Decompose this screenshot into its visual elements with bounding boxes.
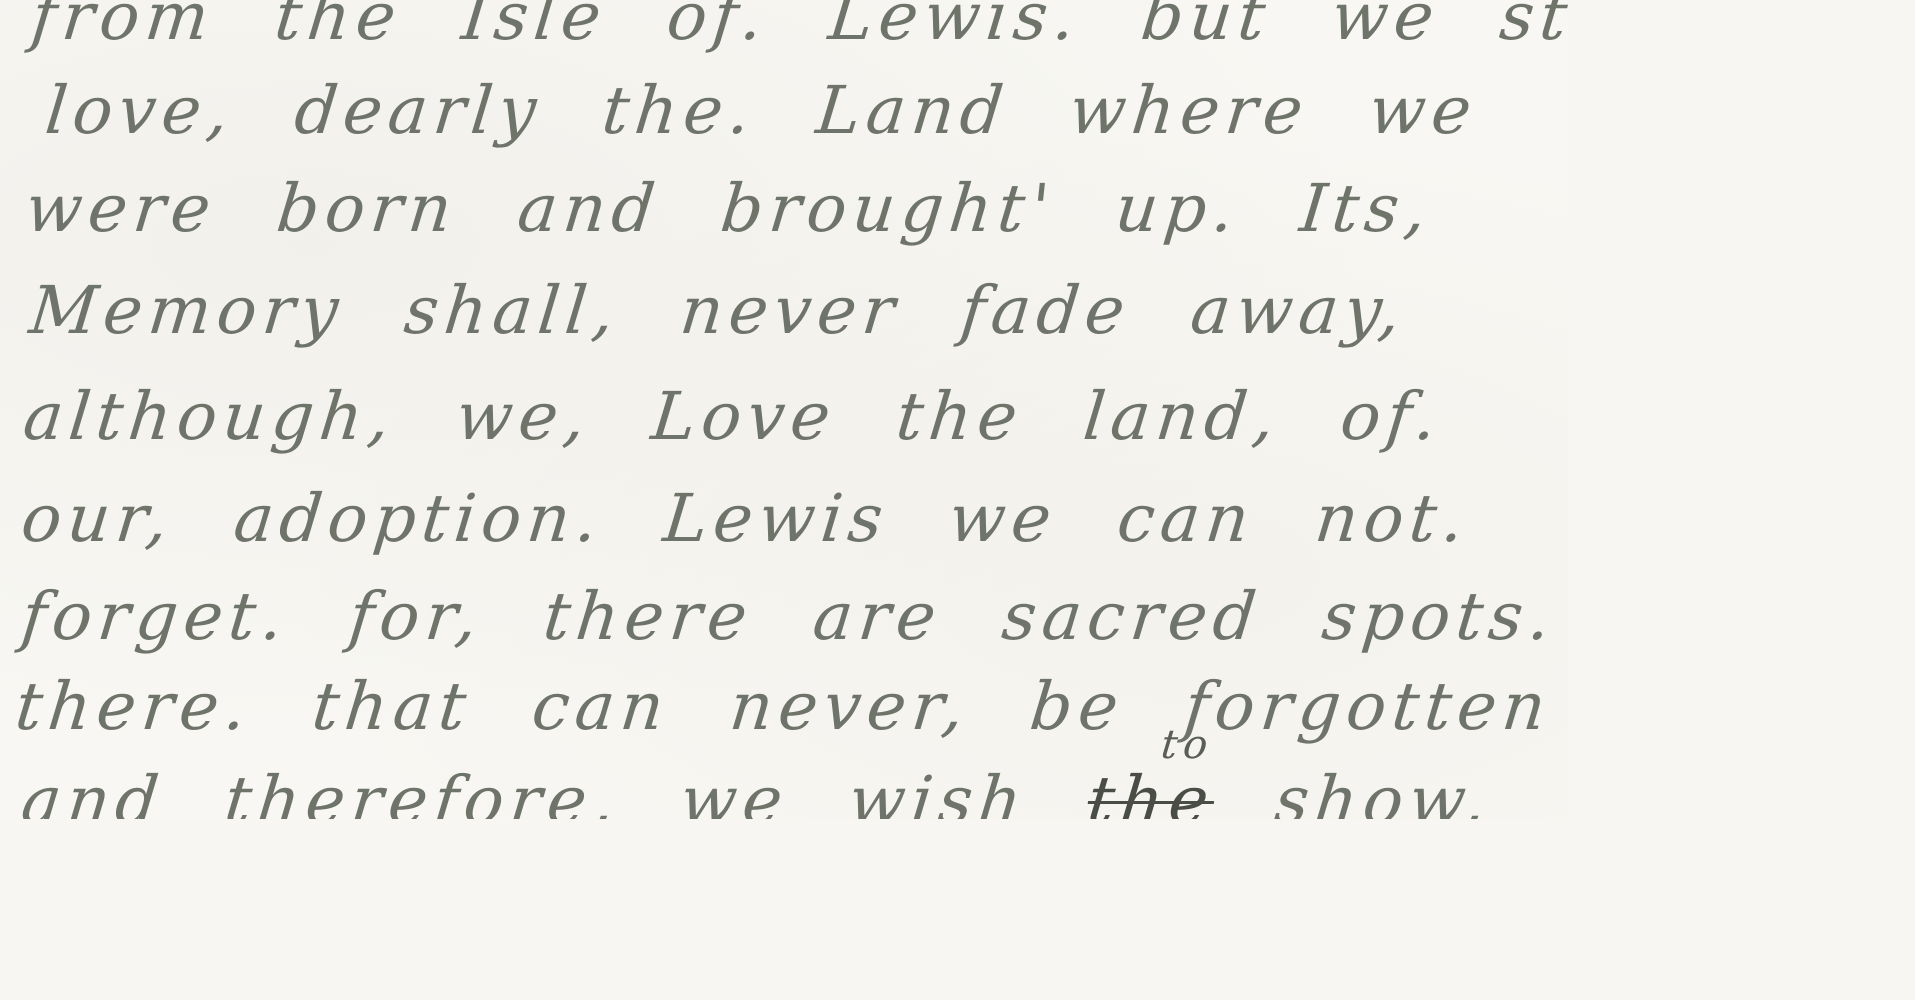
letter-line-6: our, adoption. Lewis we can not. bbox=[18, 480, 1473, 557]
correction-insert: to the bbox=[1084, 762, 1279, 819]
letter-line-8: there. that can never, be forgotten bbox=[12, 668, 1555, 745]
inserted-word: to bbox=[1159, 722, 1216, 768]
letter-line-4: Memory shall, never fade away, bbox=[26, 272, 1410, 349]
letter-line-3: were born and brought' up. Its, bbox=[22, 170, 1436, 247]
letter-line-2: love, dearly the. Land where we bbox=[42, 72, 1481, 149]
handwritten-letter-page: from the Isle of. Lewis. but we still lo… bbox=[0, 0, 1568, 819]
letter-line-9: and therefore, we wish to the show, bbox=[18, 762, 1495, 819]
line-9-text: and therefore, we wish bbox=[18, 762, 1031, 819]
letter-line-5: although, we, Love the land, of. bbox=[20, 378, 1446, 455]
letter-line-1: from the Isle of. Lewis. but we still bbox=[28, 0, 1568, 55]
letter-line-7: forget. for, there are sacred spots. bbox=[18, 578, 1560, 655]
struck-word: the bbox=[1084, 762, 1218, 819]
line-9-tail: show, bbox=[1271, 762, 1495, 819]
